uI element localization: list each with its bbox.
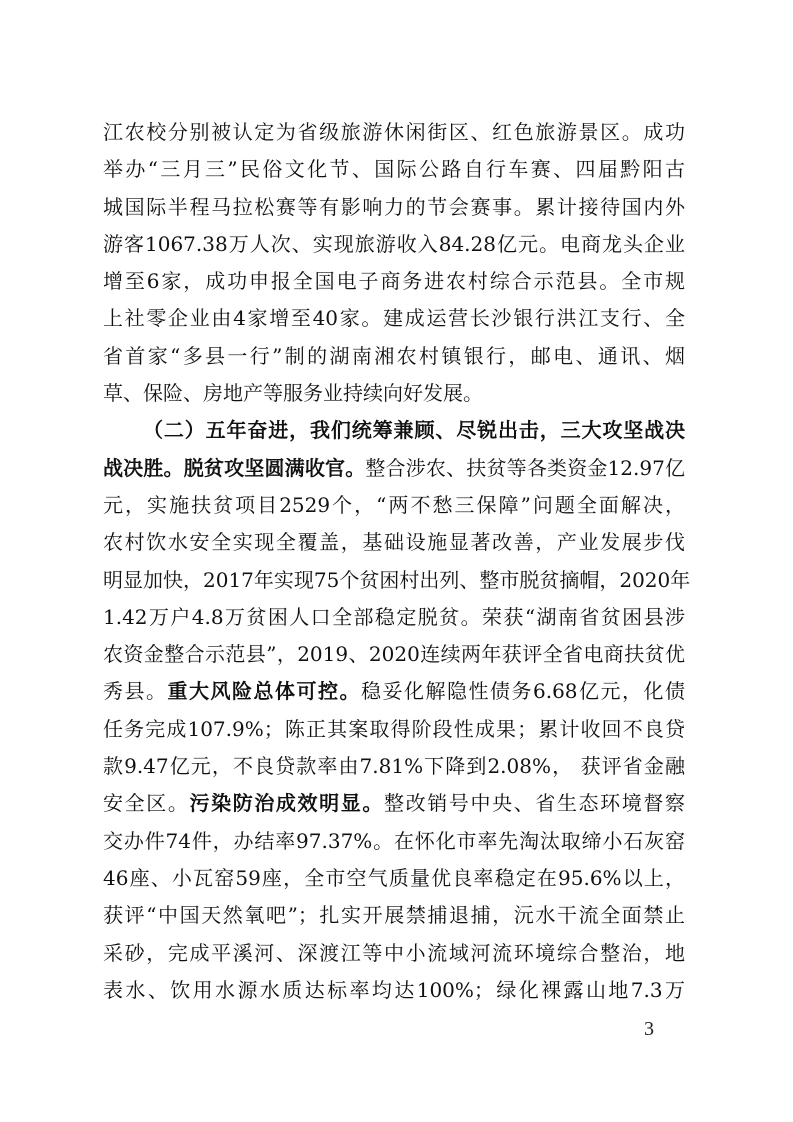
subheading-text: 污染防治成效明显。 [189, 791, 384, 815]
paragraph-text: 整改销号中央、省生态环境督察 [384, 791, 685, 815]
text-line: 采砂，完成平溪河、深渡江等中小流域河流环境综合整治，地 [103, 935, 685, 972]
text-line: 元，实施扶贫项目2529个，“两不愁三保障”问题全面解决， [103, 487, 685, 524]
paragraph-text: 采砂，完成平溪河、深渡江等中小流域河流环境综合整治，地 [103, 941, 685, 965]
section-heading: 战决胜。 [103, 456, 184, 480]
text-line: 表水、饮用水源水质达标率均达100%；绿化裸露山地7.3万 [103, 972, 685, 1009]
text-line: 农资金整合示范县”，2019、2020连续两年获评全省电商扶贫优 [103, 636, 685, 673]
text-line: 增至6家，成功申报全国电子商务进农村综合示范县。全市规 [103, 263, 685, 300]
paragraph-text: 举办“三月三”民俗文化节、国际公路自行车赛、四届黔阳古 [103, 157, 685, 181]
text-line: 战决胜。脱贫攻坚圆满收官。整合涉农、扶贫等各类资金12.97亿 [103, 450, 685, 487]
paragraph-text: 1.42万户4.8万贫困人口全部稳定脱贫。荣获“湖南省贫困县涉 [103, 605, 685, 629]
text-line: 举办“三月三”民俗文化节、国际公路自行车赛、四届黔阳古 [103, 151, 685, 188]
text-line: 交办件74件，办结率97.37%。在怀化市率先淘汰取缔小石灰窑 [103, 823, 685, 860]
paragraph-text: 农村饮水安全实现全覆盖，基础设施显著改善，产业发展步伐 [103, 530, 685, 554]
paragraph-text: 增至6家，成功申报全国电子商务进农村综合示范县。全市规 [103, 269, 685, 293]
body-text: 江农校分别被认定为省级旅游休闲街区、红色旅游景区。成功举办“三月三”民俗文化节、… [103, 114, 685, 1009]
text-line: 秀县。重大风险总体可控。稳妥化解隐性债务6.68亿元，化债 [103, 673, 685, 710]
paragraph-text: 任务完成107.9%；陈正其案取得阶段性成果；累计收回不良贷 [103, 717, 685, 741]
section-heading: （二）五年奋进，我们统筹兼顾、尽锐出击，三大攻坚战决 [143, 418, 685, 442]
text-line: 上社零企业由4家增至40家。建成运营长沙银行洪江支行、全 [103, 300, 685, 337]
text-line: 明显加快，2017年实现75个贫困村出列、整市脱贫摘帽，2020年 [103, 562, 685, 599]
paragraph-text: 安全区。 [103, 791, 189, 815]
text-line: 1.42万户4.8万贫困人口全部稳定脱贫。荣获“湖南省贫困县涉 [103, 599, 685, 636]
paragraph-text: 秀县。 [103, 679, 168, 703]
text-line: 获评“中国天然氧吧”；扎实开展禁捕退捕，沅水干流全面禁止 [103, 897, 685, 934]
text-line: （二）五年奋进，我们统筹兼顾、尽锐出击，三大攻坚战决 [103, 412, 685, 449]
paragraph-text: 游客1067.38万人次、实现旅游收入84.28亿元。电商龙头企业 [103, 232, 685, 256]
text-line: 款9.47亿元，不良贷款率由7.81%下降到2.08%， 获评省金融 [103, 748, 685, 785]
text-line: 任务完成107.9%；陈正其案取得阶段性成果；累计收回不良贷 [103, 711, 685, 748]
paragraph-text: 农资金整合示范县”，2019、2020连续两年获评全省电商扶贫优 [103, 642, 685, 666]
paragraph-text: 城国际半程马拉松赛等有影响力的节会赛事。累计接待国内外 [103, 195, 685, 219]
paragraph-text: 江农校分别被认定为省级旅游休闲街区、红色旅游景区。成功 [103, 120, 685, 144]
text-line: 游客1067.38万人次、实现旅游收入84.28亿元。电商龙头企业 [103, 226, 685, 263]
subheading-text: 重大风险总体可控。 [168, 679, 362, 703]
subheading-text: 脱贫攻坚圆满收官。 [184, 456, 366, 480]
text-line: 城国际半程马拉松赛等有影响力的节会赛事。累计接待国内外 [103, 189, 685, 226]
paragraph-text: 表水、饮用水源水质达标率均达100%；绿化裸露山地7.3万 [103, 978, 685, 1002]
paragraph-text: 明显加快，2017年实现75个贫困村出列、整市脱贫摘帽，2020年 [103, 568, 690, 592]
text-line: 安全区。污染防治成效明显。整改销号中央、省生态环境督察 [103, 785, 685, 822]
text-line: 省首家“多县一行”制的湖南湘农村镇银行，邮电、通讯、烟 [103, 338, 685, 375]
text-line: 农村饮水安全实现全覆盖，基础设施显著改善，产业发展步伐 [103, 524, 685, 561]
paragraph-text: 省首家“多县一行”制的湖南湘农村镇银行，邮电、通讯、烟 [103, 344, 685, 368]
text-line: 江农校分别被认定为省级旅游休闲街区、红色旅游景区。成功 [103, 114, 685, 151]
paragraph-text: 元，实施扶贫项目2529个，“两不愁三保障”问题全面解决， [103, 493, 685, 517]
page-number: 3 [644, 1018, 654, 1041]
paragraph-text: 整合涉农、扶贫等各类资金12.97亿 [365, 456, 685, 480]
paragraph-text: 稳妥化解隐性债务6.68亿元，化债 [361, 679, 685, 703]
text-line: 草、保险、房地产等服务业持续向好发展。 [103, 375, 685, 412]
paragraph-text: 46座、小瓦窑59座，全市空气质量优良率稳定在95.6%以上， [103, 866, 685, 890]
paragraph-text: 草、保险、房地产等服务业持续向好发展。 [103, 381, 483, 405]
paragraph-text: 上社零企业由4家增至40家。建成运营长沙银行洪江支行、全 [103, 306, 685, 330]
text-line: 46座、小瓦窑59座，全市空气质量优良率稳定在95.6%以上， [103, 860, 685, 897]
paragraph-text: 获评“中国天然氧吧”；扎实开展禁捕退捕，沅水干流全面禁止 [103, 903, 685, 927]
document-page: 江农校分别被认定为省级旅游休闲街区、红色旅游景区。成功举办“三月三”民俗文化节、… [0, 0, 793, 1122]
paragraph-text: 款9.47亿元，不良贷款率由7.81%下降到2.08%， 获评省金融 [103, 754, 685, 778]
paragraph-text: 交办件74件，办结率97.37%。在怀化市率先淘汰取缔小石灰窑 [103, 829, 685, 853]
